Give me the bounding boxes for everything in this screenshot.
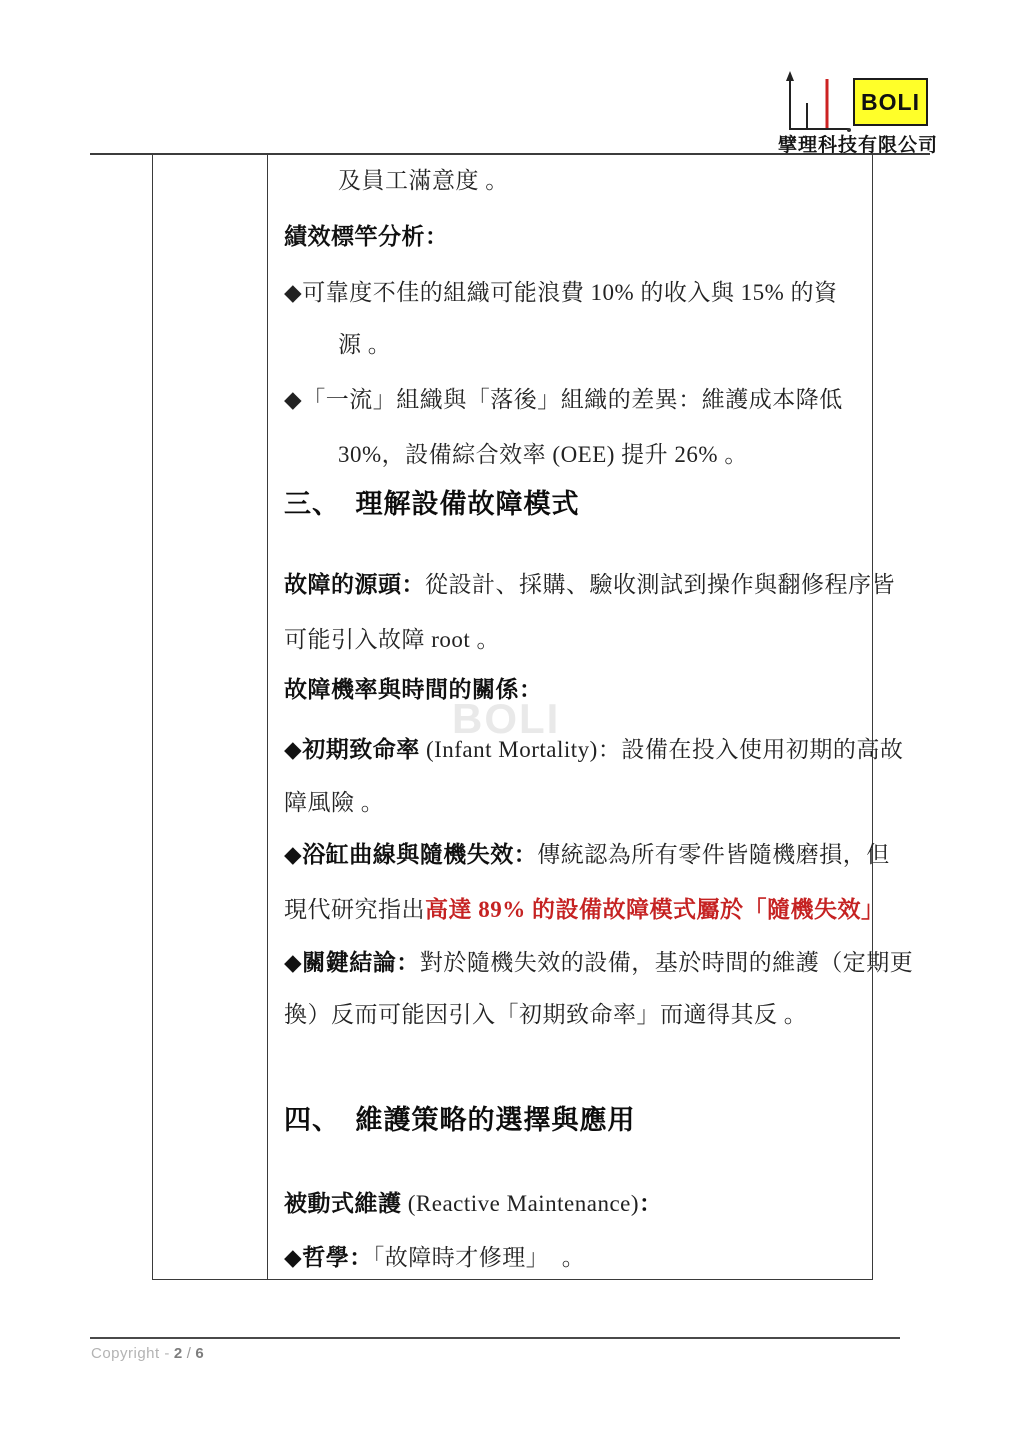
doc-line: ◆哲學：「故障時才修理」 。: [284, 1243, 585, 1273]
doc-line: ◆浴缸曲線與隨機失效：傳統認為所有零件皆隨機磨損，但: [284, 840, 890, 870]
text-segment: ◆浴缸曲線與隨機失效：: [284, 842, 537, 867]
document-page: { "header": { "logo_text": "BOLI", "comp…: [0, 0, 1024, 1448]
doc-line: ◆「一流」組織與「落後」組織的差異：維護成本降低: [284, 385, 843, 415]
text-segment: 被動式維護: [284, 1191, 402, 1216]
text-segment: 傳統認為所有零件皆隨機磨損，但: [537, 842, 890, 867]
text-segment: 及員工滿意度 。: [338, 168, 509, 193]
doc-line: 故障機率與時間的關係：: [284, 675, 543, 705]
text-segment: 換）反而可能因引入「初期致命率」而適得其反 。: [284, 1002, 807, 1027]
doc-line: 被動式維護 (Reactive Maintenance)：: [284, 1189, 663, 1219]
text-segment: ◆「一流」組織與「落後」組織的差異：維護成本降低: [284, 387, 843, 412]
table-column-divider: [267, 155, 268, 1279]
logo-text: BOLI: [861, 89, 920, 116]
page-separator: /: [187, 1345, 192, 1362]
doc-line: 障風險 。: [284, 788, 384, 818]
table-content-cell: 及員工滿意度 。 績效標竿分析： ◆可靠度不佳的組織可能浪費 10% 的收入與 …: [284, 155, 858, 1279]
text-segment: 故障機率與時間的關係：: [284, 677, 543, 702]
text-segment: ◆初期致命率: [284, 737, 420, 762]
copyright-label: Copyright -: [91, 1345, 170, 1362]
emphasis-red-text: 高達 89% 的設備故障模式屬於「隨機失效」: [425, 897, 885, 922]
doc-line: ◆關鍵結論：對於隨機失效的設備，基於時間的維護（定期更: [284, 948, 913, 978]
text-segment: 障風險 。: [284, 790, 384, 815]
doc-line: 換）反而可能因引入「初期致命率」而適得其反 。: [284, 1000, 807, 1030]
doc-line: ◆可靠度不佳的組織可能浪費 10% 的收入與 15% 的資: [284, 278, 838, 308]
text-segment: 「故障時才修理」 。: [373, 1245, 586, 1270]
footer-copyright: Copyright -2/6: [91, 1345, 208, 1362]
doc-line: 績效標竿分析：: [284, 222, 449, 252]
doc-line: 及員工滿意度 。: [338, 166, 509, 196]
section-heading: 四、 維護策略的選擇與應用: [284, 1103, 636, 1137]
doc-line: 可能引入故障 root 。: [284, 625, 500, 655]
text-segment: 可能引入故障 root 。: [284, 627, 500, 652]
bar-chart-icon: [783, 70, 853, 132]
doc-line: 源 。: [338, 330, 391, 360]
section-heading: 三、 理解設備故障模式: [284, 487, 580, 521]
text-segment: 現代研究指出: [284, 897, 425, 922]
page-total: 6: [195, 1345, 204, 1362]
text-segment: (Infant Mortality)：設備在投入使用初期的高故: [420, 737, 904, 762]
logo-badge: BOLI: [853, 78, 928, 126]
text-segment: 對於隨機失效的設備，基於時間的維護（定期更: [420, 950, 914, 975]
text-segment: 故障的源頭：: [284, 572, 425, 597]
text-segment: 從設計、採購、驗收測試到操作與翻修程序皆: [425, 572, 895, 597]
text-segment: 源 。: [338, 332, 391, 357]
doc-line: ◆初期致命率 (Infant Mortality)：設備在投入使用初期的高故: [284, 735, 903, 765]
doc-line: 30%，設備綜合效率 (OEE) 提升 26% 。: [338, 440, 748, 470]
heading-text: 三、 理解設備故障模式: [284, 489, 580, 519]
company-logo: BOLI 擘理科技有限公司: [780, 68, 932, 158]
text-segment: 績效標竿分析：: [284, 224, 449, 249]
text-segment: ◆哲學：: [284, 1245, 373, 1270]
text-segment: 30%，設備綜合效率 (OEE) 提升 26% 。: [338, 442, 748, 467]
text-segment: ◆可靠度不佳的組織可能浪費 10% 的收入與 15% 的資: [284, 280, 838, 305]
text-segment: ◆關鍵結論：: [284, 950, 420, 975]
doc-line: 故障的源頭：從設計、採購、驗收測試到操作與翻修程序皆: [284, 570, 895, 600]
document-table: 及員工滿意度 。 績效標竿分析： ◆可靠度不佳的組織可能浪費 10% 的收入與 …: [152, 155, 873, 1280]
heading-text: 四、 維護策略的選擇與應用: [284, 1105, 636, 1135]
page-number: 2: [174, 1345, 183, 1362]
doc-line: 現代研究指出高達 89% 的設備故障模式屬於「隨機失效」: [284, 895, 885, 925]
text-segment: ：: [639, 1191, 663, 1216]
footer-rule: [90, 1337, 900, 1339]
text-segment: (Reactive Maintenance): [402, 1191, 640, 1216]
